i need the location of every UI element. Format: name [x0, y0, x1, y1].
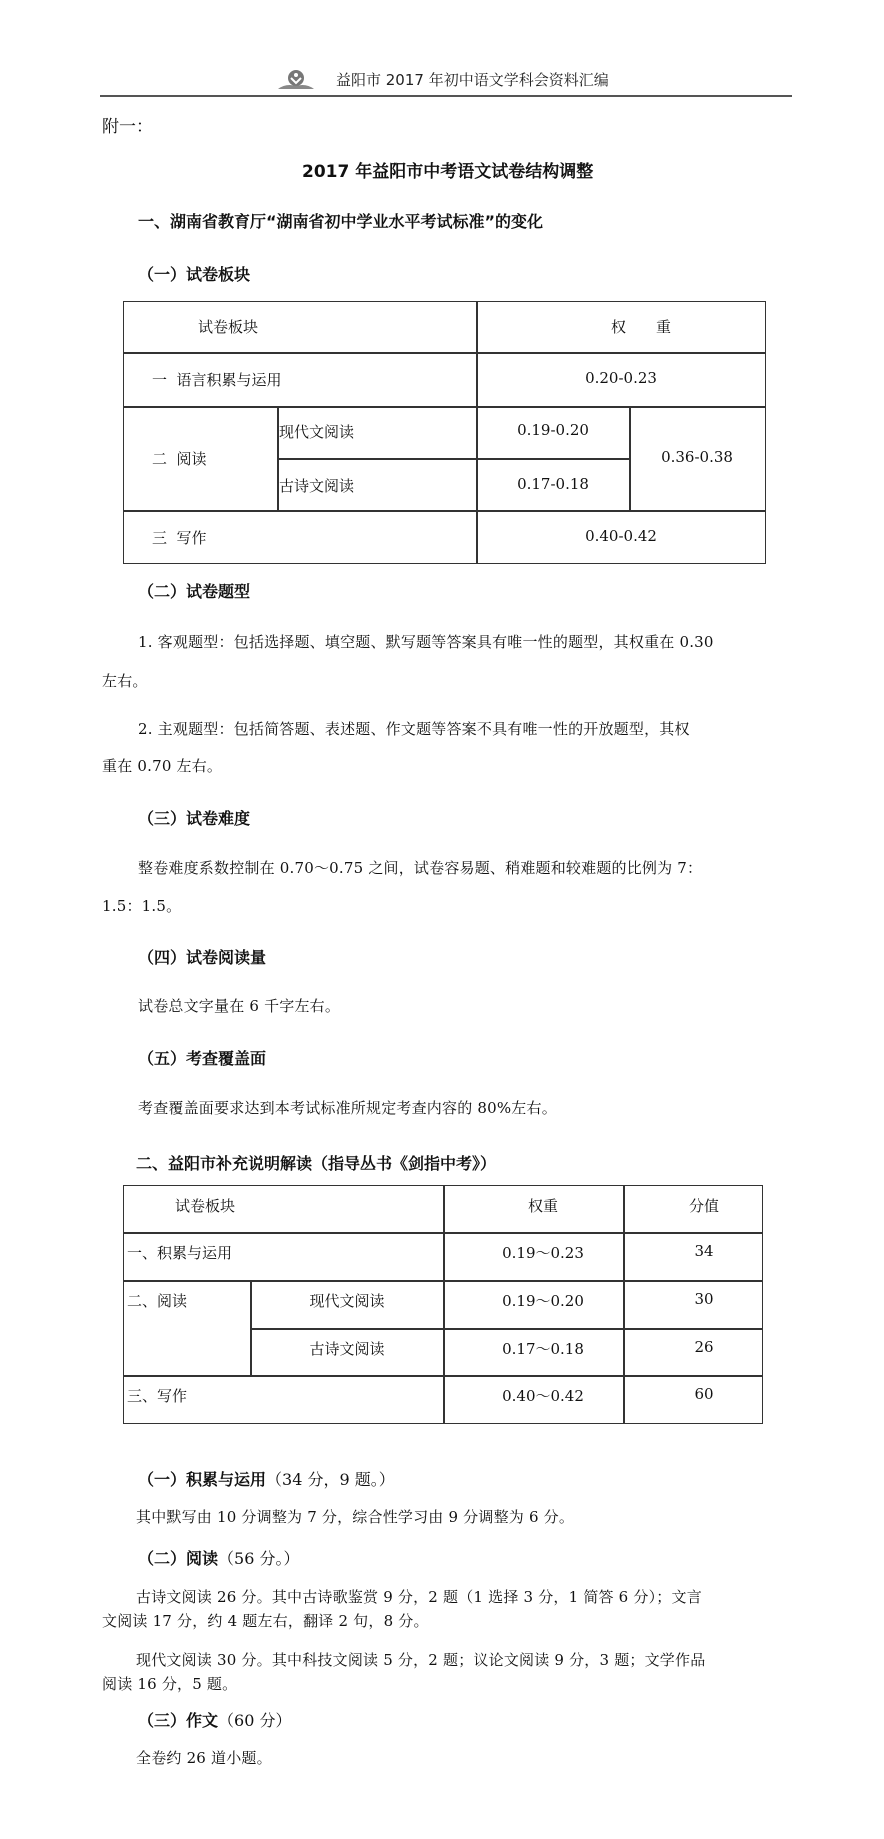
appendix-label: 附一：: [102, 112, 153, 137]
part1-heading-bold: （一）积累与运用: [138, 1470, 266, 1489]
sub3-heading: （三）试卷难度: [138, 806, 250, 829]
part3-heading-detail: （60 分）: [218, 1711, 291, 1730]
table2-row3-weight: 0.40～0.42: [502, 1385, 584, 1406]
table2-row3-block: 三、写作: [127, 1385, 187, 1406]
table2-header-block: 试卷板块: [175, 1195, 235, 1216]
table2-row2b-score: 26: [694, 1338, 713, 1356]
table1-row3-block: 三 写作: [152, 527, 207, 548]
table2-row2b-name: 古诗文阅读: [309, 1338, 384, 1359]
sub2-p2-line1: 2. 主观题型：包括简答题、表述题、作文题等答案不具有唯一性的开放题型，其权: [138, 718, 690, 739]
part1-heading: （一）积累与运用（34 分，9 题。）: [138, 1467, 395, 1490]
section2-heading: 二、益阳市补充说明解读（指导丛书《剑指中考》）: [136, 1151, 496, 1174]
sub2-p1-line2: 左右。: [102, 670, 148, 691]
sub3-line1: 整卷难度系数控制在 0.70～0.75 之间，试卷容易题、稍难题和较难题的比例为…: [138, 857, 702, 878]
table1-header-block: 试卷板块: [198, 316, 258, 337]
table2-row2a-name: 现代文阅读: [309, 1290, 384, 1311]
table1-row2-total-weight: 0.36-0.38: [661, 448, 733, 466]
table1-row2a-name: 现代文阅读: [279, 421, 354, 442]
part1-heading-detail: （34 分，9 题。）: [266, 1470, 395, 1489]
document-title: 2017 年益阳市中考语文试卷结构调整: [302, 157, 593, 182]
header-title: 益阳市 2017 年初中语文学科会资料汇编: [336, 69, 609, 90]
part2-p1-line1: 古诗文阅读 26 分。其中古诗歌鉴赏 9 分，2 题（1 选择 3 分，1 简答…: [136, 1586, 702, 1607]
part2-heading: （二）阅读（56 分。）: [138, 1546, 299, 1569]
table2-row1-block: 一、积累与运用: [127, 1242, 232, 1263]
table2-row2-block: 二、阅读: [127, 1290, 187, 1311]
table2-row2a-score: 30: [694, 1290, 713, 1308]
table1-row2-block: 二 阅读: [152, 448, 207, 469]
table1-row2b-weight: 0.17-0.18: [517, 475, 589, 493]
table1-row1-block: 一 语言积累与运用: [152, 369, 282, 390]
table2-row3-score: 60: [694, 1385, 713, 1403]
table1-row1-weight: 0.20-0.23: [585, 369, 657, 387]
table2-header-weight: 权重: [528, 1195, 558, 1216]
sub5-text: 考查覆盖面要求达到本考试标准所规定考查内容的 80%左右。: [138, 1097, 557, 1118]
sub2-p2-line2: 重在 0.70 左右。: [102, 755, 222, 776]
part2-p2-line1: 现代文阅读 30 分。其中科技文阅读 5 分，2 题；议论文阅读 9 分，3 题…: [136, 1649, 705, 1670]
table1-row2b-name: 古诗文阅读: [279, 475, 354, 496]
school-book-logo-icon: [276, 68, 316, 90]
part2-p1-line2: 文阅读 17 分，约 4 题左右，翻译 2 句，8 分。: [102, 1610, 429, 1631]
table1-row3-weight: 0.40-0.42: [585, 527, 657, 545]
part3-heading: （三）作文（60 分）: [138, 1708, 291, 1731]
part2-heading-bold: （二）阅读: [138, 1549, 218, 1568]
table1-row2a-weight: 0.19-0.20: [517, 421, 589, 439]
header-divider: [100, 95, 792, 97]
sub5-heading: （五）考查覆盖面: [138, 1046, 266, 1069]
table2-row2b-weight: 0.17～0.18: [502, 1338, 584, 1359]
section1-heading: 一、湖南省教育厅“湖南省初中学业水平考试标准”的变化: [138, 209, 543, 232]
table2-row1-weight: 0.19～0.23: [502, 1242, 584, 1263]
table2-row2a-weight: 0.19～0.20: [502, 1290, 584, 1311]
part2-p2-line2: 阅读 16 分，5 题。: [102, 1673, 237, 1694]
sub1-heading: （一）试卷板块: [138, 262, 250, 285]
part3-heading-bold: （三）作文: [138, 1711, 218, 1730]
table2-row1-score: 34: [694, 1242, 713, 1260]
sub4-text: 试卷总文字量在 6 千字左右。: [138, 995, 340, 1016]
sub2-heading: （二）试卷题型: [138, 579, 250, 602]
sub2-p1-line1: 1. 客观题型：包括选择题、填空题、默写题等答案具有唯一性的题型，其权重在 0.…: [138, 631, 714, 652]
table1-header-weight: 权 重: [611, 316, 671, 337]
part3-text: 全卷约 26 道小题。: [136, 1747, 272, 1768]
table2-header-score: 分值: [689, 1195, 719, 1216]
part2-heading-detail: （56 分。）: [218, 1549, 299, 1568]
part1-text: 其中默写由 10 分调整为 7 分，综合性学习由 9 分调整为 6 分。: [136, 1506, 574, 1527]
sub3-line2: 1.5：1.5。: [102, 895, 181, 916]
sub4-heading: （四）试卷阅读量: [138, 945, 266, 968]
